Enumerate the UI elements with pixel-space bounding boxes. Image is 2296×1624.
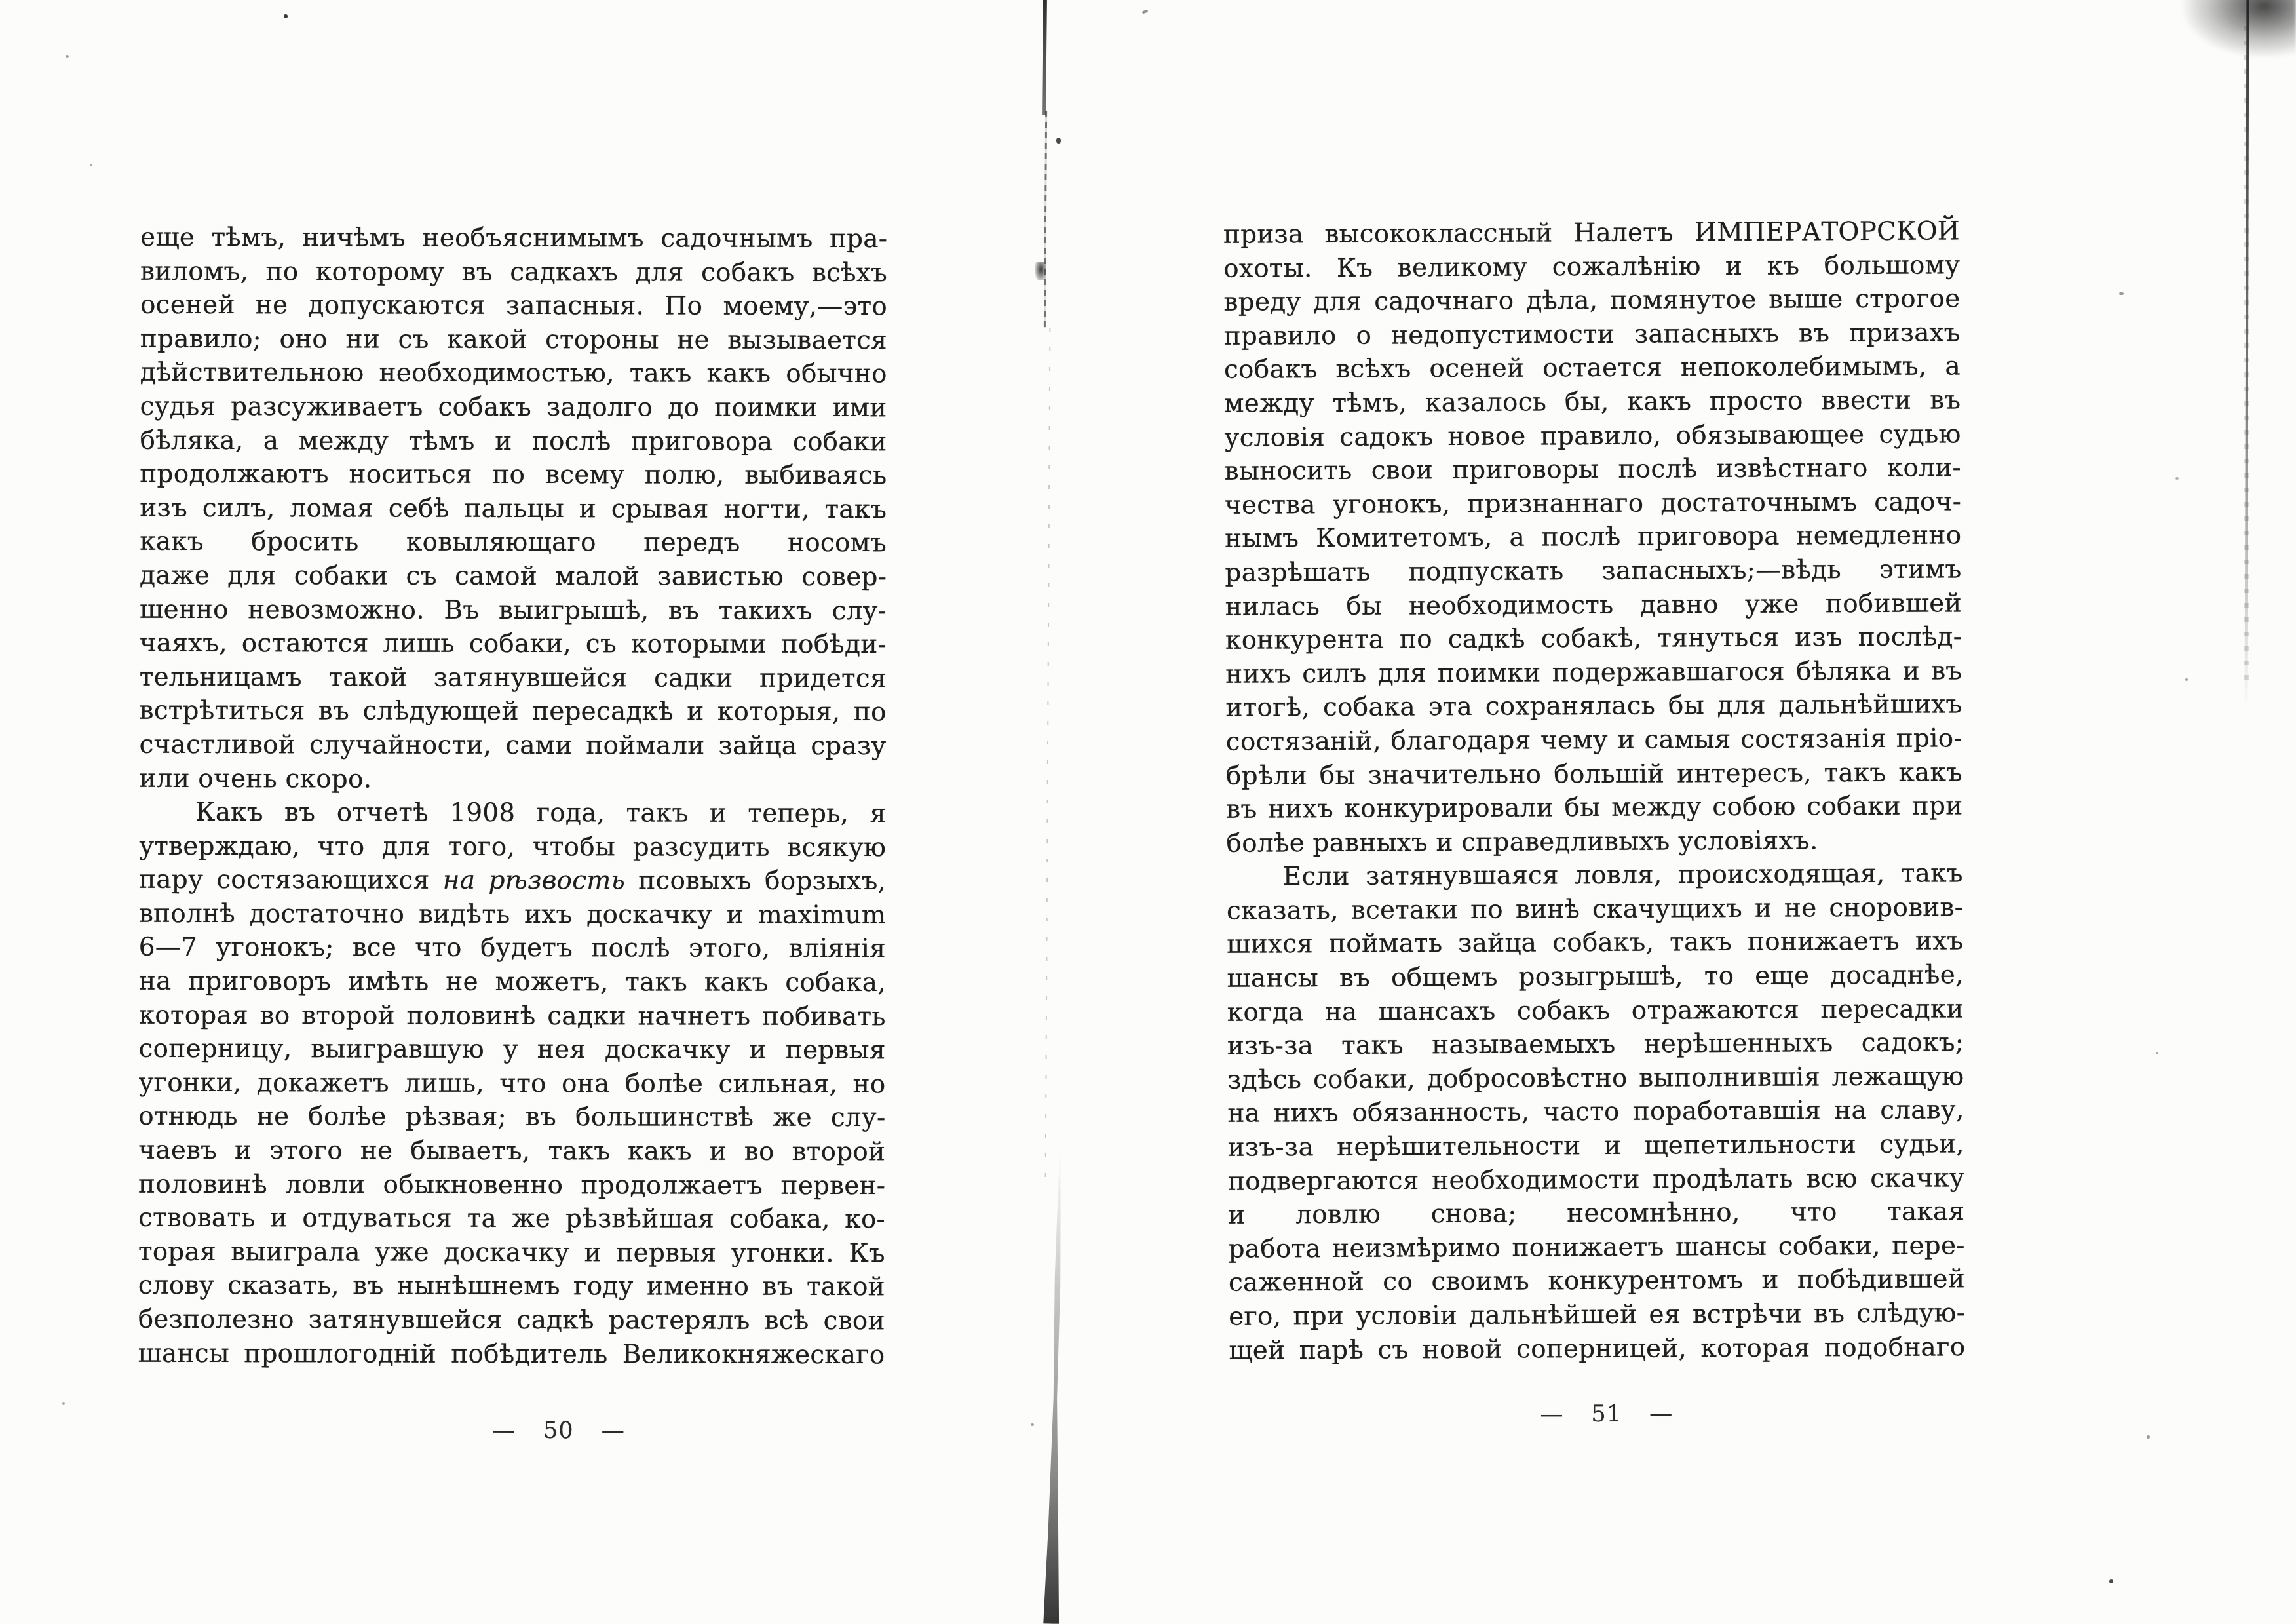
page-edge-line-texture <box>2244 26 2249 682</box>
text-line: судья разсуживаетъ собакъ задолго до пои… <box>140 390 887 425</box>
left-page-text: еще тѣмъ, ничѣмъ необъяснимымъ садочнымъ… <box>138 221 888 1372</box>
text-line: счастливой случайности, сами поймали зай… <box>139 728 886 764</box>
text-line: осеней не допускаются запасныя. По моему… <box>140 288 887 324</box>
text-line: дѣйствительною необходимостью, такъ какъ… <box>140 356 887 391</box>
text-line: 6—7 угонокъ; все что будетъ послѣ этого,… <box>139 931 886 966</box>
text-line: половинѣ ловли обыкновенно продолжаетъ п… <box>138 1167 885 1203</box>
text-line: конкурента по садкѣ собакѣ, тянуться изъ… <box>1225 620 1962 657</box>
text-line: тельницамъ такой затянувшейся садки прид… <box>140 661 887 696</box>
text-line: нихъ силъ для поимки подержавшагося бѣля… <box>1225 654 1962 691</box>
text-line: на приговоръ имѣть не можетъ, такъ какъ … <box>139 965 886 1000</box>
text-line: между тѣмъ, казалось бы, какъ просто вве… <box>1224 383 1961 421</box>
text-line: состязаній, благодаря чему и самыя состя… <box>1226 722 1962 759</box>
text-line: чаевъ и этого не бываетъ, такъ какъ и во… <box>138 1134 885 1169</box>
text-line: на нихъ обязанность, часто поработавшія … <box>1227 1094 1964 1131</box>
text-line: сказать, всетаки по винѣ скачущихъ и не … <box>1227 891 1963 928</box>
text-line: вполнѣ достаточно видѣть ихъ доскачку и … <box>139 897 886 933</box>
gutter-shadow-bottom <box>1041 1153 1070 1624</box>
book-page-left: еще тѣмъ, ничѣмъ необъяснимымъ садочнымъ… <box>138 221 887 1598</box>
left-page-number: — 50 — <box>138 1417 932 1445</box>
text-line: правило о недопустимости запасныхъ въ пр… <box>1224 316 1961 353</box>
text-line: и ловлю снова; несомнѣнно, что такая све… <box>1228 1195 1964 1232</box>
text-line: которая во второй половинѣ садки начнетъ… <box>139 998 886 1034</box>
text-line: Если затянувшаяся ловля, происходящая, т… <box>1227 857 1963 895</box>
text-line: его, при условіи дальнѣйшей ея встрѣчи в… <box>1229 1296 1965 1334</box>
scan-speck <box>2119 292 2124 295</box>
text-line: изъ силъ, ломая себѣ пальцы и срывая ног… <box>140 492 887 527</box>
text-line: даже для собаки съ самой малой завистью … <box>140 559 887 594</box>
text-line: соперницу, выигравшую у нея доскачку и п… <box>138 1032 885 1068</box>
scan-speck <box>284 14 288 18</box>
text-line: встрѣтиться въ слѣдующей пересадкѣ и кот… <box>140 694 887 729</box>
scan-speck <box>2109 1579 2113 1583</box>
text-line: саженной со своимъ конкурентомъ и побѣди… <box>1229 1263 1965 1300</box>
text-line: вреду для садочнаго дѣла, помянутое выше… <box>1223 282 1960 319</box>
text-line: выносить свои приговоры послѣ извѣстнаго… <box>1225 451 1961 488</box>
text-line: продолжаютъ носиться по всему полю, выби… <box>140 457 887 493</box>
text-line: условія садокъ новое правило, обязывающе… <box>1224 417 1961 455</box>
text-line: шихся поймать зайца собакъ, такъ понижае… <box>1227 925 1963 962</box>
text-line: какъ бросить ковыляющаго передъ носомъ б… <box>140 525 887 560</box>
text-line: изъ-за нерѣшительности и щепетильности с… <box>1228 1127 1964 1165</box>
scan-speck <box>66 55 69 58</box>
text-line: бѣляка, а между тѣмъ и послѣ приговора с… <box>140 423 887 459</box>
text-line: виломъ, по которому въ садкахъ для собак… <box>140 254 887 290</box>
scan-speck <box>90 164 92 166</box>
right-page-number: — 51 — <box>1229 1399 1975 1429</box>
text-line: здѣсь собаки, добросовѣстно выполнившія … <box>1227 1060 1964 1097</box>
text-line: нымъ Комитетомъ, а послѣ приговора немед… <box>1225 519 1961 556</box>
text-line: или очень скоро. <box>139 762 886 797</box>
text-line: щей парѣ съ новой соперницей, которая по… <box>1229 1330 1965 1368</box>
text-line: торая выиграла уже доскачку и первыя уго… <box>138 1235 885 1271</box>
text-line: правило; оно ни съ какой стороны не вызы… <box>140 322 887 358</box>
text-line: пару состязающихся на рѣзвость псовыхъ б… <box>139 863 886 899</box>
scan-speck <box>2175 477 2179 480</box>
scan-speck <box>2156 1052 2158 1054</box>
book-scan-spread: еще тѣмъ, ничѣмъ необъяснимымъ садочнымъ… <box>0 0 2296 1624</box>
right-page-text: приза высококлассный Налетъ ИМПЕРАТОРСКО… <box>1223 214 1966 1368</box>
scan-speck <box>2185 678 2188 681</box>
text-line: ствовать и отдуваться та же рѣзвѣйшая со… <box>138 1201 885 1237</box>
page-edge-line-right <box>2245 0 2249 708</box>
book-page-right: приза высококлассный Налетъ ИМПЕРАТОРСКО… <box>1223 214 1966 1594</box>
scan-speck <box>1142 10 1149 14</box>
text-line: Какъ въ отчетѣ 1908 года, такъ и теперь,… <box>139 796 886 831</box>
text-line: утверждаю, что для того, чтобы разсудить… <box>139 829 886 864</box>
text-line: слову сказать, въ нынѣшнемъ году именно … <box>138 1269 885 1304</box>
text-line: разрѣшать подпускать запасныхъ;—вѣдь эти… <box>1225 552 1961 590</box>
scan-speck <box>2147 1435 2150 1439</box>
text-line: приза высококлассный Налетъ ИМПЕРАТОРСКО… <box>1223 214 1960 252</box>
text-line: отнюдь не болѣе рѣзвая; въ большинствѣ ж… <box>138 1100 885 1135</box>
text-line: подвергаются необходимости продѣлать всю… <box>1228 1161 1964 1199</box>
text-line: въ нихъ конкурировали бы между собою соб… <box>1226 789 1962 826</box>
text-line: шансы въ общемъ розыгрышѣ, то еще досадн… <box>1227 958 1963 996</box>
text-line: изъ-за такъ называемыхъ нерѣшенныхъ садо… <box>1227 1026 1964 1064</box>
text-line: брѣли бы значительно большій интересъ, т… <box>1226 756 1962 793</box>
text-line: нилась бы необходимость давно уже побивш… <box>1225 587 1962 624</box>
text-line: болѣе равныхъ и справедливыхъ условіяхъ. <box>1226 823 1962 860</box>
text-line: итогѣ, собака эта сохранялась бы для дал… <box>1225 688 1962 725</box>
text-line: шансы прошлогодній побѣдитель Великокняж… <box>138 1336 885 1372</box>
gutter-ink-blob <box>1035 262 1046 280</box>
gutter-shadow-upper <box>1044 111 1047 328</box>
text-line: работа неизмѣримо понижаетъ шансы собаки… <box>1228 1229 1964 1266</box>
text-line: охоты. Къ великому сожалѣнію и къ большо… <box>1223 248 1960 286</box>
scan-speck <box>1031 1423 1034 1426</box>
scan-speck <box>62 1402 65 1405</box>
text-line: безполезно затянувшейся садкѣ растерялъ … <box>138 1303 885 1338</box>
gutter-shadow-top <box>1042 0 1047 115</box>
gutter-ink-dot <box>1056 138 1061 144</box>
text-line: чаяхъ, остаются лишь собаки, съ которыми… <box>140 627 887 662</box>
text-line: собакъ всѣхъ осеней остается непоколебим… <box>1224 350 1961 387</box>
text-line: когда на шансахъ собакъ отражаются перес… <box>1227 992 1964 1030</box>
page-edge-smudge-top-right <box>2182 0 2296 58</box>
text-line: угонки, докажетъ лишь, что она болѣе сил… <box>138 1066 885 1102</box>
text-line: еще тѣмъ, ничѣмъ необъяснимымъ садочнымъ… <box>140 221 887 256</box>
text-line: шенно невозможно. Въ выигрышѣ, въ такихъ… <box>140 592 887 628</box>
text-line: чества угонокъ, признаннаго достаточнымъ… <box>1225 485 1961 522</box>
gutter-shadow-middle <box>1045 328 1051 1180</box>
